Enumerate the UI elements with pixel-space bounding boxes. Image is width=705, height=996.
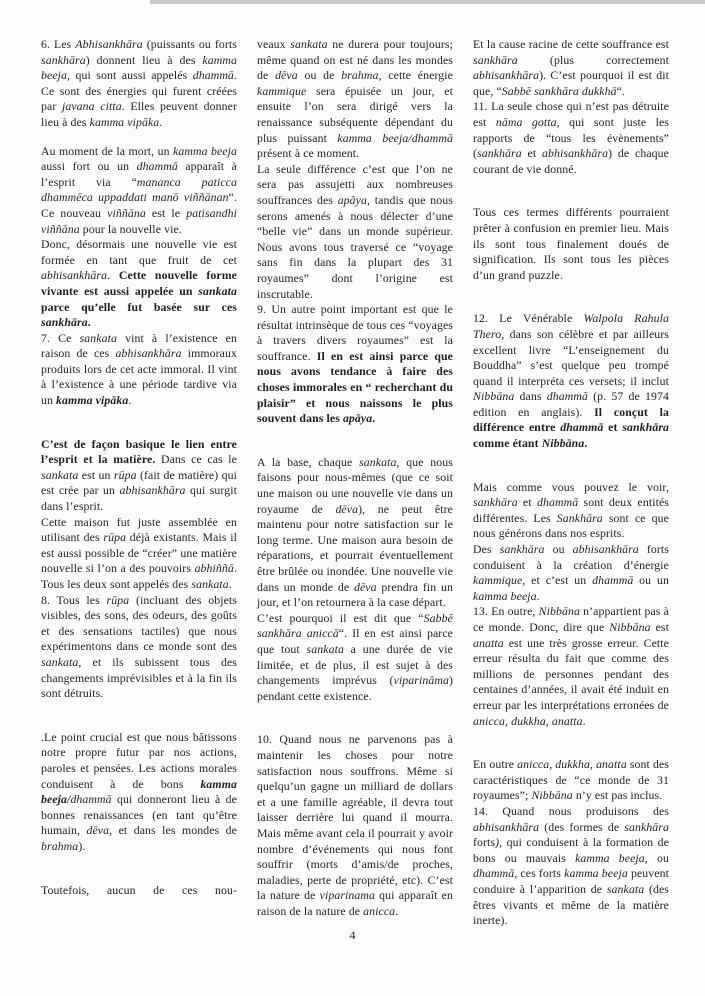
text-run: n’y est pas inclus. (573, 788, 662, 802)
text-run: 8. Tous les (41, 593, 107, 607)
text-run: , tandis que nous serons amenés à nous d… (257, 193, 453, 301)
document-page: 6. Les Abhisankhāra (puissants ou forts … (0, 0, 705, 996)
text-run: abhisankhāra (41, 268, 107, 282)
text-run: 14. Quand nous produisons des (473, 804, 669, 818)
text-run: parce qu’elle fut basée sur ces (41, 300, 237, 314)
text-run: javana citta (62, 99, 122, 113)
text-run: . (372, 411, 375, 425)
text-run: brahma (341, 68, 378, 82)
text-run: Des (473, 542, 500, 556)
text-run: Et la cause racine de cette souffrance e… (473, 37, 669, 51)
text-run: 10. Quand nous ne parvenons pas à mainte… (257, 732, 453, 902)
text-run: anatta (473, 636, 504, 650)
text-run: est un (78, 468, 114, 482)
text-run: dēva (275, 68, 298, 82)
page-number: 4 (0, 928, 705, 943)
text-run: sankata (80, 331, 117, 345)
text-run: Donc, désormais une nouvelle vie est for… (41, 237, 237, 267)
paragraph: 12. Le Vénérable Walpola Rahula Thero, d… (473, 311, 669, 451)
text-run: sankhāra (477, 146, 522, 160)
text-run: ou (544, 542, 572, 556)
paragraph: 11. La seule chose qui n’est pas détruit… (473, 99, 669, 177)
text-run: 13. En outre, (473, 604, 539, 618)
text-run: anicca, dukkha, anatta (473, 714, 583, 728)
text-run: dans (514, 389, 546, 403)
text-run: , dans son célèbre et par ailleurs excel… (473, 327, 669, 388)
paragraph: .Le point crucial est que nous bâtissons… (41, 730, 237, 855)
text-run: . (159, 115, 162, 129)
text-run: abhisankhāra (116, 346, 182, 360)
text-run: dēva (86, 823, 109, 837)
text-run: dhammā (560, 420, 603, 434)
text-run: sankata (198, 284, 237, 298)
text-run: kammique (473, 573, 522, 587)
text-run: présent à ce moment. (257, 146, 359, 160)
text-run: sankata (41, 468, 78, 482)
paragraph: 9. Un autre point important est que le r… (257, 302, 453, 427)
text-column-right: Et la cause racine de cette souffrance e… (473, 37, 669, 929)
text-run: et (522, 146, 542, 160)
paragraph: C’est pourquoi il est dit que “Sabbē san… (257, 611, 453, 705)
paragraph: La seule différence c’est que l’on ne se… (257, 162, 453, 302)
text-run: , cette énergie (379, 68, 453, 82)
text-run: sankhāra (41, 315, 88, 329)
text-run: abhisankhāra (473, 820, 539, 834)
text-run: et (518, 495, 537, 509)
text-run: sankhāra (473, 495, 518, 509)
text-run: ou un (633, 573, 669, 587)
text-run: veaux (257, 37, 290, 51)
text-run: . (107, 268, 119, 282)
text-run: A la base, chaque (257, 455, 359, 469)
paragraph: C’est de façon basique le lien entre l’e… (41, 437, 237, 515)
text-run: kamma vipāka (56, 393, 128, 407)
text-run: Dans ce cas le (155, 452, 237, 466)
text-run: sankata (41, 655, 78, 669)
text-run: kamma beeja (564, 866, 628, 880)
paragraph: 8. Tous les rūpa (incluant des objets vi… (41, 593, 237, 702)
text-run: apāya (343, 411, 372, 425)
text-run: Nibbāna (539, 604, 580, 618)
paragraph: 6. Les Abhisankhāra (puissants ou forts … (41, 37, 237, 131)
text-run: C’est pourquoi il est dit que “ (257, 611, 424, 625)
text-run: dēva (354, 580, 377, 594)
paragraph: Cette maison fut juste assemblée en util… (41, 515, 237, 593)
text-run: (des formes de (539, 820, 624, 834)
text-run: . (128, 393, 131, 407)
text-run: . (537, 589, 540, 603)
text-run: kamma beeja/dhammā (337, 131, 453, 145)
text-run: sankata (191, 577, 228, 591)
text-run: abhisankhāra (542, 146, 608, 160)
text-run: dhammā (473, 866, 514, 880)
text-run: sankhāra (622, 420, 669, 434)
paragraph: veaux sankata ne durera pour toujours; m… (257, 37, 453, 162)
text-run: Mais comme vous pouvez le voir, (473, 480, 669, 494)
text-run: brahma (41, 839, 78, 853)
text-run: . (229, 577, 232, 591)
text-run: anicca, dukkha, anatta (517, 757, 627, 771)
paragraph: Tous ces termes différents pourraient pr… (473, 205, 669, 283)
text-run: , et dans les mondes de (109, 823, 237, 837)
text-run: (plus correctement (518, 53, 669, 67)
text-run: Nibbāna (473, 389, 514, 403)
text-run: viparinama (320, 888, 375, 902)
text-run: aussi fort ou un (41, 159, 137, 173)
text-run: abhisankhāra (473, 68, 539, 82)
text-run: kamma vipāka (90, 115, 160, 129)
text-run: (puissants ou forts (143, 37, 237, 51)
text-run: et (603, 420, 622, 434)
text-column-left: 6. Les Abhisankhāra (puissants ou forts … (41, 37, 237, 929)
text-run: , et c’est un (522, 573, 592, 587)
scan-edge-artifact (150, 0, 705, 4)
text-run: anicca (363, 904, 395, 918)
text-run: Abhisankhāra (75, 37, 142, 51)
text-run: sankhāra (41, 53, 86, 67)
text-run: dhammā (537, 495, 578, 509)
text-run: nāma gotta (496, 115, 557, 129)
text-run: pour la nouvelle vie. (80, 222, 182, 236)
text-run: ) donnent lieu à des (86, 53, 203, 67)
paragraph: 13. En outre, Nibbāna n’appartient pas à… (473, 604, 669, 729)
text-run: Tous ces termes différents pourraient pr… (473, 205, 669, 281)
text-run: Nibbāna (542, 436, 585, 450)
text-run: 12. Le Vénérable (473, 311, 584, 325)
text-run: Sankhāra (557, 511, 603, 525)
text-run: kamma beeja (575, 851, 645, 865)
text-run: sankata (307, 642, 344, 656)
text-run: 6. Les (41, 37, 75, 51)
text-run: sankata (290, 37, 327, 51)
text-run: kamma beeja (173, 144, 237, 158)
text-column-middle: veaux sankata ne durera pour toujours; m… (257, 37, 453, 929)
text-run: dhammā (70, 792, 111, 806)
text-run: abhisankhāra (573, 542, 639, 556)
paragraph: Donc, désormais une nouvelle vie est for… (41, 237, 237, 331)
text-run: Au moment de la mort, un (41, 144, 173, 158)
paragraph: Des sankhāra ou abhisankhāra forts condu… (473, 542, 669, 604)
text-columns: 6. Les Abhisankhāra (puissants ou forts … (41, 37, 669, 929)
paragraph: 10. Quand nous ne parvenons pas à mainte… (257, 732, 453, 919)
text-run: dhammā (592, 573, 633, 587)
text-run: dhammā (193, 68, 234, 82)
text-run: rūpa (107, 593, 130, 607)
text-run: En outre (473, 757, 517, 771)
text-run: , ou (645, 851, 669, 865)
text-run: Toutefois, aucun de ces nou- (41, 883, 237, 897)
paragraph: En outre anicca, dukkha, anatta sont des… (473, 757, 669, 804)
text-run: viparināma (394, 673, 449, 687)
text-run: kamma beeja (473, 589, 537, 603)
text-run: Nibbāna (609, 620, 650, 634)
text-run: dhammā (137, 159, 178, 173)
text-run: . (583, 714, 586, 728)
text-run: dhammā (547, 389, 588, 403)
text-run: sankhāra (624, 820, 669, 834)
text-run: apāya (338, 193, 367, 207)
paragraph: A la base, chaque sankata, que nous fais… (257, 455, 453, 611)
text-run: abhiññā (195, 561, 234, 575)
text-run: Sabbē sankhāra dukkhā (502, 84, 617, 98)
text-run: ou de (298, 68, 342, 82)
text-run: sankhāra (500, 542, 545, 556)
text-run: viññāna (107, 206, 146, 220)
text-run: ). (78, 839, 85, 853)
text-run: 7. Ce (41, 331, 80, 345)
text-run: sankhāra (473, 53, 518, 67)
text-run: est le (146, 206, 186, 220)
text-run: rūpa (114, 468, 137, 482)
text-run: “. (617, 84, 625, 98)
paragraph: 7. Ce sankata vint à l’existence en rais… (41, 331, 237, 409)
text-run: rūpa (103, 530, 126, 544)
text-run: , ces forts (514, 866, 564, 880)
text-run: abhisankhāra (119, 483, 185, 497)
text-run: kammique (257, 84, 306, 98)
text-run: sankata (607, 882, 644, 896)
paragraph: Toutefois, aucun de ces nou- (41, 883, 237, 899)
paragraph: Au moment de la mort, un kamma beeja aus… (41, 144, 237, 238)
text-run: , qui sont aussi appelés (67, 68, 193, 82)
text-run: est (651, 620, 669, 634)
text-run: dēva (335, 502, 358, 516)
text-run: Nibbāna (531, 788, 572, 802)
text-run: . (584, 436, 587, 450)
paragraph: Mais comme vous pouvez le voir, sankhāra… (473, 480, 669, 542)
text-run: . (88, 315, 91, 329)
text-run: . (395, 904, 398, 918)
paragraph: 14. Quand nous produisons des abhisankhā… (473, 804, 669, 929)
text-run: comme étant (473, 436, 542, 450)
text-run: sankata (359, 455, 396, 469)
text-run: forts (473, 835, 495, 849)
paragraph: Et la cause racine de cette souffrance e… (473, 37, 669, 99)
